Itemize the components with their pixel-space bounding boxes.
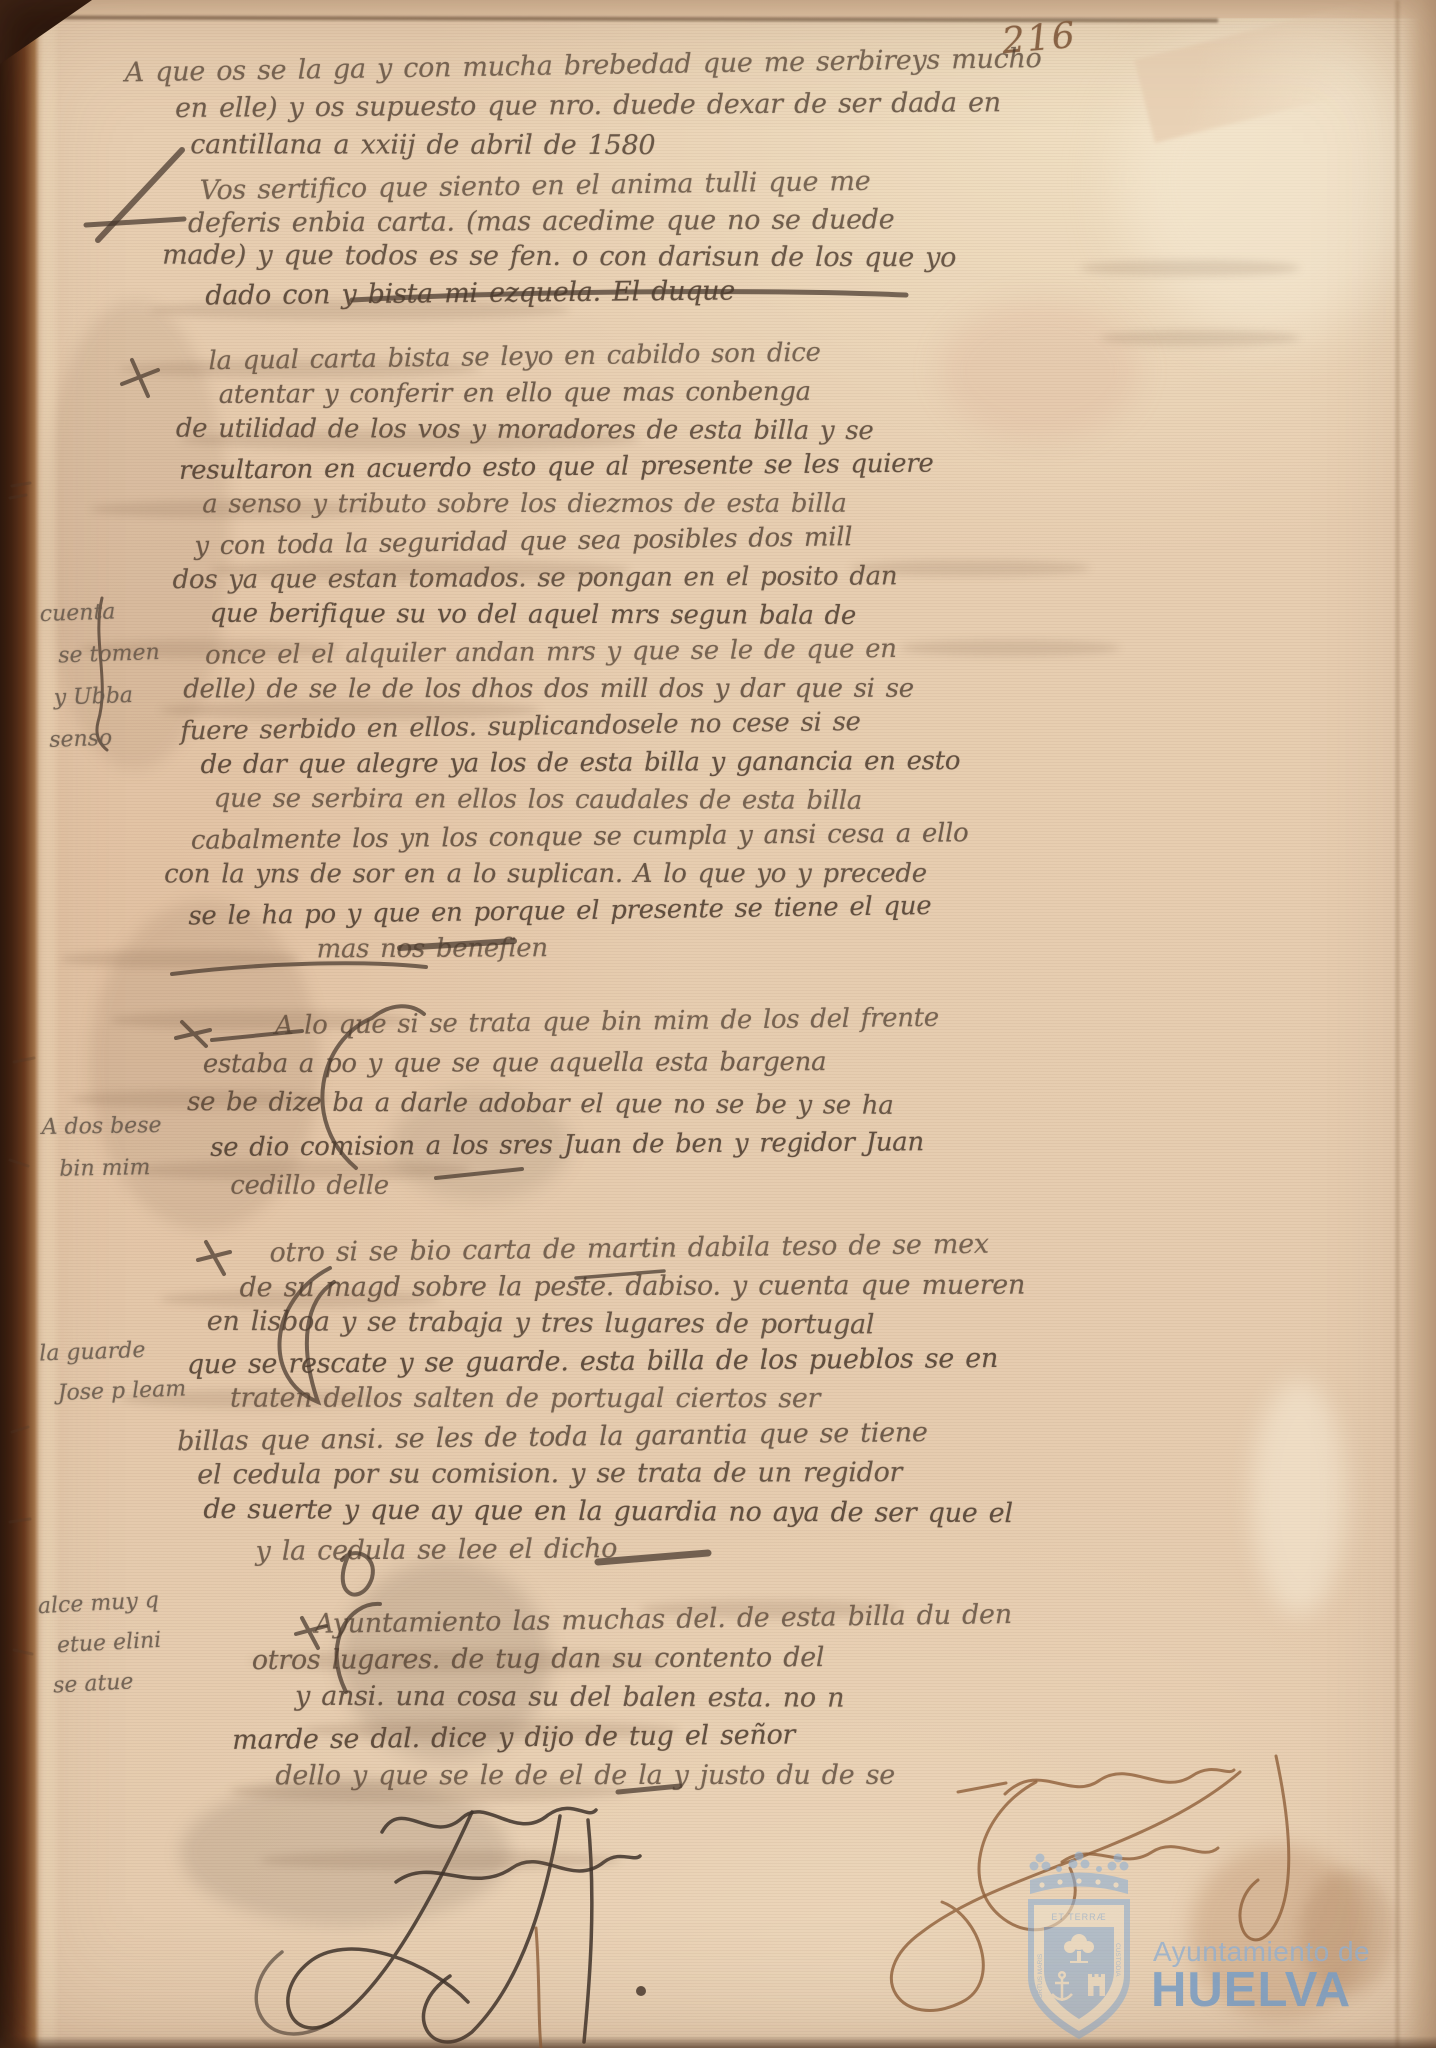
- manuscript-line: estaba a po y que se que aquella esta ba…: [203, 1042, 939, 1086]
- margin-note: la guardeJose p leam: [39, 1329, 187, 1414]
- manuscript-line: once el el alquiler andan mrs y que se l…: [205, 630, 968, 674]
- crown-trefoils: [1030, 1852, 1129, 1873]
- manuscript-line: dello y que se le de el de la y justo du…: [275, 1756, 1012, 1796]
- manuscript-line: otro si se bio carta de martin dabila te…: [269, 1225, 1025, 1272]
- manuscript-line: de utilidad de los vos y moradores de es…: [176, 411, 967, 451]
- margin-note-line: bin mim: [59, 1147, 163, 1191]
- manuscript-paragraph: A lo que si se trata que bin mim de los …: [215, 1001, 940, 1209]
- manuscript-line: cabalmente los yn los conque se cumpla y…: [191, 815, 969, 859]
- manuscript-paragraph: Ayuntamiento las muchas del. de esta bil…: [289, 1598, 1012, 1797]
- paper-stain: [180, 1780, 510, 1925]
- shield-right-text: CUSTODIA: [1114, 1943, 1121, 1977]
- manuscript-paragraph: A que os se la ga y con mucha brebedad q…: [175, 43, 1043, 169]
- margin-note: A dos besebin mim: [41, 1105, 162, 1191]
- manuscript-line: mas nos benefien: [316, 928, 969, 968]
- manuscript-line: traten dellos salten de portugal ciertos…: [230, 1380, 1025, 1418]
- margin-note-line: A dos bese: [41, 1105, 162, 1149]
- manuscript-page-scan: 216: [0, 0, 1436, 2048]
- bleed-through-smear: [1100, 330, 1300, 346]
- manuscript-line: y ansi. una cosa su del balen esta. no n: [295, 1677, 1012, 1719]
- manuscript-line: que berifique su vo del aquel mrs segun …: [210, 596, 968, 636]
- manuscript-line: resultaron en acuerdo esto que al presen…: [179, 445, 967, 490]
- paragraph-cross-marker: [122, 360, 158, 396]
- manuscript-line: A lo que si se trata que bin mim de los …: [274, 998, 939, 1047]
- watermark-city-name: HUELVA: [1151, 1962, 1351, 2018]
- shield-tower-icon: [1088, 1974, 1105, 1996]
- manuscript-line: con la yns de sor en a lo suplican. A lo…: [164, 856, 969, 894]
- manuscript-paragraph: la qual carta bista se leyo en cabildo s…: [193, 336, 969, 969]
- margin-note-line: se atue: [52, 1661, 164, 1707]
- margin-note: alce muy qetue elinise atue: [37, 1581, 164, 1707]
- manuscript-line: a senso y tributo sobre los diezmos de e…: [202, 486, 967, 524]
- manuscript-line: en lisboa y se trabaja y tres lugares de…: [207, 1303, 1026, 1345]
- margin-note: cuentase tomeny Ubbasenso: [39, 590, 163, 762]
- corner-shadow: [0, 0, 92, 64]
- paper-stain: [1252, 1380, 1347, 1615]
- margin-note-line: se tomen: [58, 632, 161, 678]
- manuscript-line: se be dize ba a darle adobar el que no s…: [187, 1082, 939, 1127]
- page-right-deckle: [1396, 0, 1399, 2048]
- manuscript-line: otros lugares. de tug dan su contento de…: [252, 1637, 1012, 1680]
- manuscript-line: de dar que alegre ya los de esta billa y…: [200, 743, 968, 784]
- ink-blot: [636, 1986, 646, 1996]
- manuscript-line: delle) de se le de los dhos dos mill dos…: [183, 671, 968, 709]
- bottom-vertical-stroke: [536, 1928, 541, 2048]
- shield-motto: ET TERRÆ: [1051, 1912, 1106, 1922]
- signature-rubric-left: [256, 1808, 640, 2042]
- manuscript-line: en elle) y os supuesto que nro. duede de…: [175, 83, 1042, 129]
- margin-note-line: Jose p leam: [57, 1369, 187, 1413]
- margin-note-line: cuenta: [39, 590, 159, 636]
- page-left-highlight: [40, 0, 56, 2048]
- manuscript-paragraph: Vos sertifico que siento en el anima tul…: [170, 166, 957, 312]
- manuscript-line: cedillo delle: [230, 1166, 939, 1208]
- manuscript-line: deferis enbia carta. (mas acedime que no…: [188, 201, 956, 241]
- margin-note-line: la guarde: [39, 1329, 186, 1374]
- manuscript-line: que se rescate y se guarde. esta billa d…: [187, 1339, 1026, 1383]
- paragraph-cross-marker: [176, 1022, 210, 1046]
- manuscript-line: dos ya que estan tomados. se pongan en e…: [173, 558, 968, 599]
- manuscript-line: made) y que todos es se fen. o con daris…: [162, 238, 956, 276]
- paper-stain: [940, 300, 1140, 440]
- manuscript-line: Ayuntamiento las muchas del. de esta bil…: [314, 1595, 1012, 1644]
- bleed-through-smear: [260, 1850, 620, 1870]
- margin-note-line: senso: [48, 716, 163, 762]
- manuscript-line: se dio comision a los sres Juan de ben y…: [210, 1122, 940, 1169]
- bleed-through-smear: [1080, 260, 1300, 276]
- huelva-coat-of-arms-icon: ET TERRÆ PORTUS MARIS CUSTODIA: [1020, 1849, 1138, 2041]
- margin-note-line: y Ubba: [53, 674, 162, 720]
- margin-note-line: alce muy q: [37, 1581, 160, 1627]
- manuscript-line: y la cedula se lee el dicho: [255, 1527, 1026, 1571]
- manuscript-line: atentar y conferir en ello que mas conbe…: [219, 373, 967, 414]
- page-bottom-edge: [0, 2036, 1436, 2048]
- manuscript-line: el cedula por su comision. y se trata de…: [197, 1454, 1026, 1494]
- manuscript-line: de suerte y que ay que en la guardia no …: [203, 1490, 1026, 1532]
- manuscript-line: marde se dal. dice y dijo de tug el seño…: [232, 1713, 1013, 1759]
- manuscript-line: cantillana a xxiij de abril de 1580: [190, 125, 1042, 166]
- manuscript-paragraph: otro si se bio carta de martin dabila te…: [224, 1229, 1026, 1569]
- book-binding-edge: [0, 0, 44, 2048]
- manuscript-line: dado con y bista mi ezquela. El duque: [205, 271, 956, 314]
- margin-note-line: etue elini: [56, 1621, 162, 1666]
- shield-left-text: PORTUS MARIS: [1037, 1953, 1044, 2003]
- manuscript-line: que se serbira en ellos los caudales de …: [214, 781, 969, 821]
- manuscript-line: de su magd sobre la peste. dabiso. y cue…: [240, 1266, 1026, 1306]
- page-right-edge: [1398, 0, 1436, 2048]
